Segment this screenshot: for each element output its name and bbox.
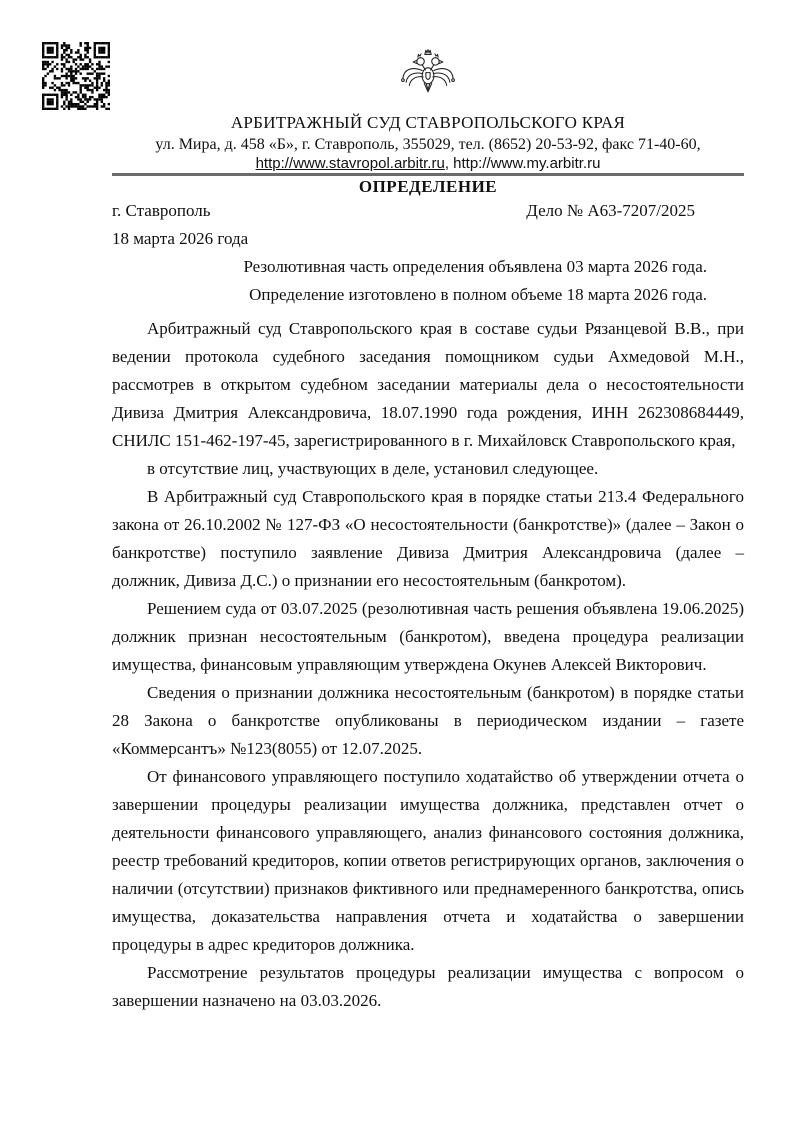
body-paragraph: От финансового управляющего поступило хо… xyxy=(112,763,744,959)
full-text-line: Определение изготовлено в полном объеме … xyxy=(112,281,744,309)
body-paragraph: в отсутствие лиц, участвующих в деле, ус… xyxy=(112,455,744,483)
url-separator: , xyxy=(445,155,453,172)
case-number: Дело № А63-7207/2025 xyxy=(526,199,695,223)
document-header: АРБИТРАЖНЫЙ СУД СТАВРОПОЛЬСКОГО КРАЯ ул.… xyxy=(112,0,744,172)
document-body: Арбитражный суд Ставропольского края в с… xyxy=(112,315,744,1015)
court-name: АРБИТРАЖНЫЙ СУД СТАВРОПОЛЬСКОГО КРАЯ xyxy=(112,112,744,134)
case-info-row: г. Ставрополь Дело № А63-7207/2025 xyxy=(112,199,744,223)
body-paragraph: Арбитражный суд Ставропольского края в с… xyxy=(112,315,744,455)
document-title: ОПРЕДЕЛЕНИЕ xyxy=(112,176,744,198)
coat-of-arms-icon xyxy=(396,46,460,112)
court-urls: http://www.stavropol.arbitr.ru, http://w… xyxy=(112,155,744,172)
court-url-primary[interactable]: http://www.stavropol.arbitr.ru xyxy=(256,155,445,172)
body-paragraph: Сведения о признании должника несостояте… xyxy=(112,679,744,763)
document-page: АРБИТРАЖНЫЙ СУД СТАВРОПОЛЬСКОГО КРАЯ ул.… xyxy=(0,0,800,1131)
qr-code-image xyxy=(42,42,110,110)
body-paragraph: Решением суда от 03.07.2025 (резолютивна… xyxy=(112,595,744,679)
resolutive-part-line: Резолютивная часть определения объявлена… xyxy=(112,253,744,281)
city-label: г. Ставрополь xyxy=(112,199,211,223)
court-address: ул. Мира, д. 458 «Б», г. Ставрополь, 355… xyxy=(112,134,744,155)
document-date: 18 марта 2026 года xyxy=(112,225,744,253)
court-url-secondary[interactable]: http://www.my.arbitr.ru xyxy=(453,155,600,172)
body-paragraph: Рассмотрение результатов процедуры реали… xyxy=(112,959,744,1015)
qr-code xyxy=(42,42,110,110)
body-paragraph: В Арбитражный суд Ставропольского края в… xyxy=(112,483,744,595)
